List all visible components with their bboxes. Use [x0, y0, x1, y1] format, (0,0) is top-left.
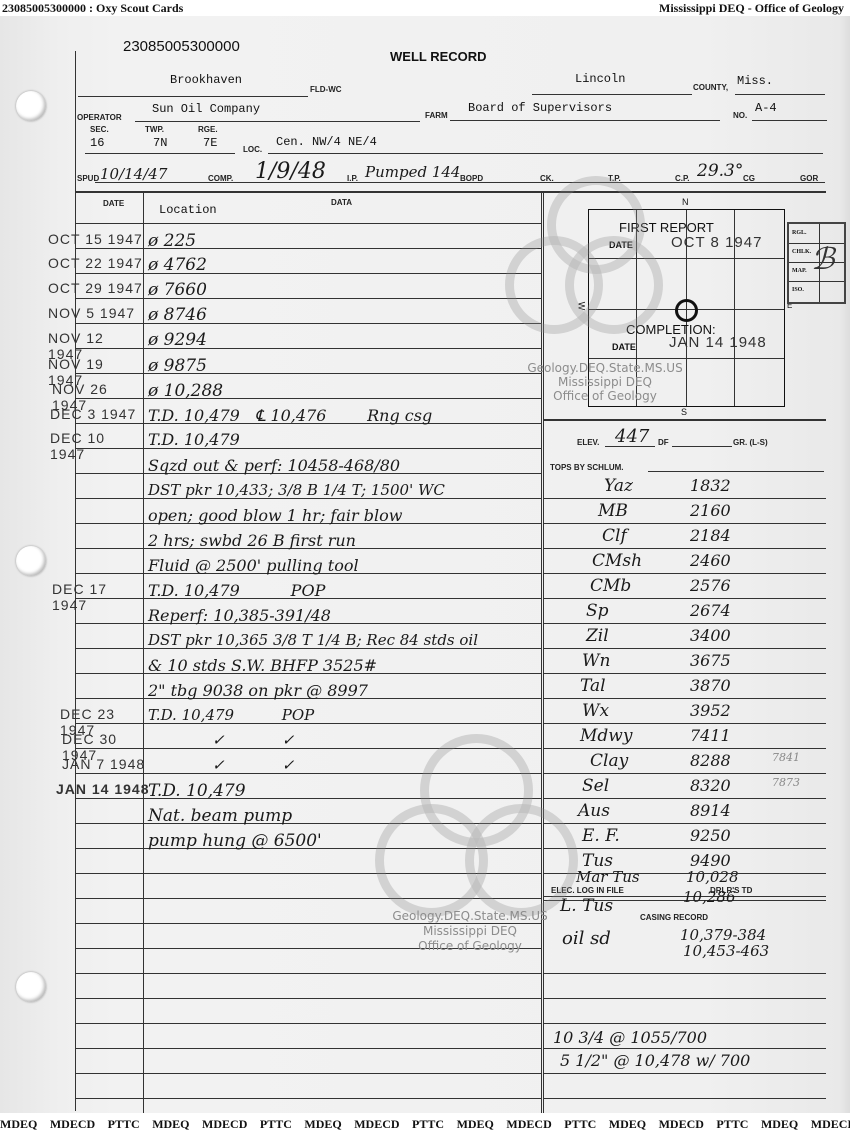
operator-value: Sun Oil Company	[152, 102, 260, 116]
gr-label: GR. (L-S)	[733, 438, 768, 447]
comp-value: 1/9/48	[255, 159, 326, 184]
agency-title: Mississippi DEQ - Office of Geology	[659, 0, 844, 16]
ruled-line	[76, 323, 541, 324]
county-value: Lincoln	[575, 72, 625, 86]
ruled-line	[543, 973, 826, 974]
footer-item: MDECD	[659, 1117, 704, 1131]
tops-label: TOPS BY SCHLUM.	[550, 463, 624, 472]
footer-item: MDECD	[354, 1117, 399, 1131]
operator-underline	[135, 121, 420, 122]
plat-bottom-rule	[543, 419, 826, 421]
check-item-map: MAP.	[792, 268, 807, 274]
viewer-footer: MDEQMDECDPTTCMDEQMDECDPTTCMDEQMDECDPTTCM…	[0, 1116, 850, 1133]
ruled-line	[543, 698, 826, 699]
well-location-circle-icon	[675, 299, 698, 322]
well-record-card: 23085005300000 WELL RECORD Brookhaven FL…	[0, 16, 850, 1113]
watermark-logo-icon	[505, 176, 655, 366]
loc-value: Cen. NW/4 NE/4	[276, 135, 377, 149]
rge-label: RGE.	[198, 125, 218, 134]
sec-value: 16	[90, 136, 104, 150]
rge-value: 7E	[203, 136, 217, 150]
lower-tus-depth: 10,286	[683, 888, 736, 906]
footer-item: MDEQ	[152, 1117, 189, 1131]
initials-signature: ℬ	[811, 242, 835, 277]
location-heading: Location	[159, 203, 217, 217]
tops-underline	[648, 471, 824, 472]
farm-label: FARM	[425, 111, 448, 120]
ruled-line	[543, 1098, 826, 1099]
footer-item: PTTC	[260, 1117, 292, 1131]
footer-item: PTTC	[716, 1117, 748, 1131]
casing-entry-1: 10 3/4 @ 1055/700	[553, 1028, 707, 1047]
ruled-line	[543, 623, 826, 624]
footer-item: MDEQ	[304, 1117, 341, 1131]
header-row-rule	[76, 223, 541, 224]
footer-item: MDEQ	[457, 1117, 494, 1131]
date-column-header: DATE	[103, 199, 124, 208]
df-underline	[672, 446, 732, 447]
cp-value: 29.3°	[697, 161, 743, 181]
punch-hole-icon	[16, 546, 46, 576]
sec-label: SEC.	[90, 125, 109, 134]
ruled-line	[543, 998, 826, 999]
loc-underline	[268, 153, 823, 154]
casing-record-label: CASING RECORD	[640, 913, 708, 922]
ip-value: Pumped 144	[365, 163, 460, 181]
footer-item: PTTC	[108, 1117, 140, 1131]
operator-label: OPERATOR	[77, 113, 122, 122]
ruled-line	[76, 1023, 541, 1024]
field-label: FLD-WC	[310, 85, 342, 94]
check-item-chlk: CHLK.	[792, 249, 811, 255]
ruled-line	[76, 1048, 541, 1049]
ruled-line	[543, 748, 826, 749]
ruled-line	[543, 573, 826, 574]
ruled-line	[76, 273, 541, 274]
check-box: RGL. CHLK. MAP. ISO. ℬ	[787, 222, 846, 304]
well-no-underline	[752, 120, 827, 121]
footer-item: MDECD	[202, 1117, 247, 1131]
twp-label: TWP.	[145, 125, 164, 134]
field-value: Brookhaven	[170, 73, 242, 87]
elev-label: ELEV.	[577, 438, 599, 447]
ruled-line	[543, 498, 826, 499]
sec-underline	[85, 153, 235, 154]
data-column-header: DATA	[331, 198, 352, 207]
loc-label: LOC.	[243, 145, 262, 154]
state-value: Miss.	[737, 74, 773, 88]
spud-value: 10/14/47	[100, 165, 167, 183]
field-underline	[78, 96, 308, 97]
footer-item: MDECD	[50, 1117, 95, 1131]
spud-underline	[95, 182, 825, 183]
farm-underline	[450, 120, 720, 121]
header-double-rule	[76, 191, 826, 193]
watermark-text-bottom: Geology.DEQ.State.MS.US Mississippi DEQ …	[370, 909, 570, 954]
ruled-line	[543, 548, 826, 549]
ruled-line	[76, 973, 541, 974]
casing-entry-2: 5 1/2" @ 10,478 w/ 700	[560, 1051, 750, 1070]
footer-item: PTTC	[564, 1117, 596, 1131]
document-title: 23085005300000 : Oxy Scout Cards	[2, 0, 183, 16]
date-column-divider	[143, 193, 144, 1113]
plat-south-label: S	[681, 407, 687, 417]
ruled-line	[76, 298, 541, 299]
check-item-rgl: RGL.	[792, 230, 807, 236]
ruled-line	[76, 998, 541, 999]
completion-date: JAN 14 1948	[669, 334, 767, 351]
ruled-line	[543, 873, 826, 874]
ruled-line	[543, 1073, 826, 1074]
ruled-line	[543, 798, 826, 799]
ruled-line	[76, 1073, 541, 1074]
well-no-label: NO.	[733, 111, 747, 120]
ruled-line	[543, 648, 826, 649]
ruled-line	[76, 448, 541, 449]
elev-value: 447	[615, 426, 649, 447]
form-title: WELL RECORD	[390, 49, 487, 64]
watermark-text-top: Geology.DEQ.State.MS.US Mississippi DEQ …	[505, 361, 705, 403]
footer-item: MDEQ	[761, 1117, 798, 1131]
check-item-iso: ISO.	[792, 287, 804, 293]
ruled-line	[543, 523, 826, 524]
farm-value: Board of Supervisors	[468, 101, 612, 115]
viewer-header: 23085005300000 : Oxy Scout Cards Mississ…	[0, 0, 850, 16]
ruled-line	[543, 673, 826, 674]
ruled-line	[543, 773, 826, 774]
twp-value: 7N	[153, 136, 167, 150]
ruled-line	[543, 823, 826, 824]
ruled-line	[543, 1048, 826, 1049]
elev-underline	[605, 446, 655, 447]
ruled-line	[543, 848, 826, 849]
footer-item: MDEQ	[0, 1117, 37, 1131]
ruled-line	[543, 1023, 826, 1024]
footer-item: MDEQ	[609, 1117, 646, 1131]
ruled-line	[76, 373, 541, 374]
county-label: COUNTY,	[693, 83, 728, 92]
plat-north-label: N	[682, 197, 689, 207]
watermark-logo-icon	[375, 734, 575, 924]
ruled-line	[543, 723, 826, 724]
ruled-line	[76, 248, 541, 249]
punch-hole-icon	[16, 91, 46, 121]
punch-hole-icon	[16, 972, 46, 1002]
ruled-line	[76, 1098, 541, 1099]
well-no-value: A-4	[755, 101, 777, 115]
oil-sd-depth-2: 10,453-463	[683, 942, 769, 960]
footer-item: PTTC	[412, 1117, 444, 1131]
ruled-line	[543, 598, 826, 599]
footer-item: MDECD	[506, 1117, 551, 1131]
footer-item: MDECD	[811, 1117, 850, 1131]
df-label: DF	[658, 438, 669, 447]
state-underline	[735, 94, 825, 95]
county-underline	[532, 94, 692, 95]
first-report-date: OCT 8 1947	[671, 234, 762, 251]
ruled-line	[76, 348, 541, 349]
api-number: 23085005300000	[123, 38, 240, 55]
